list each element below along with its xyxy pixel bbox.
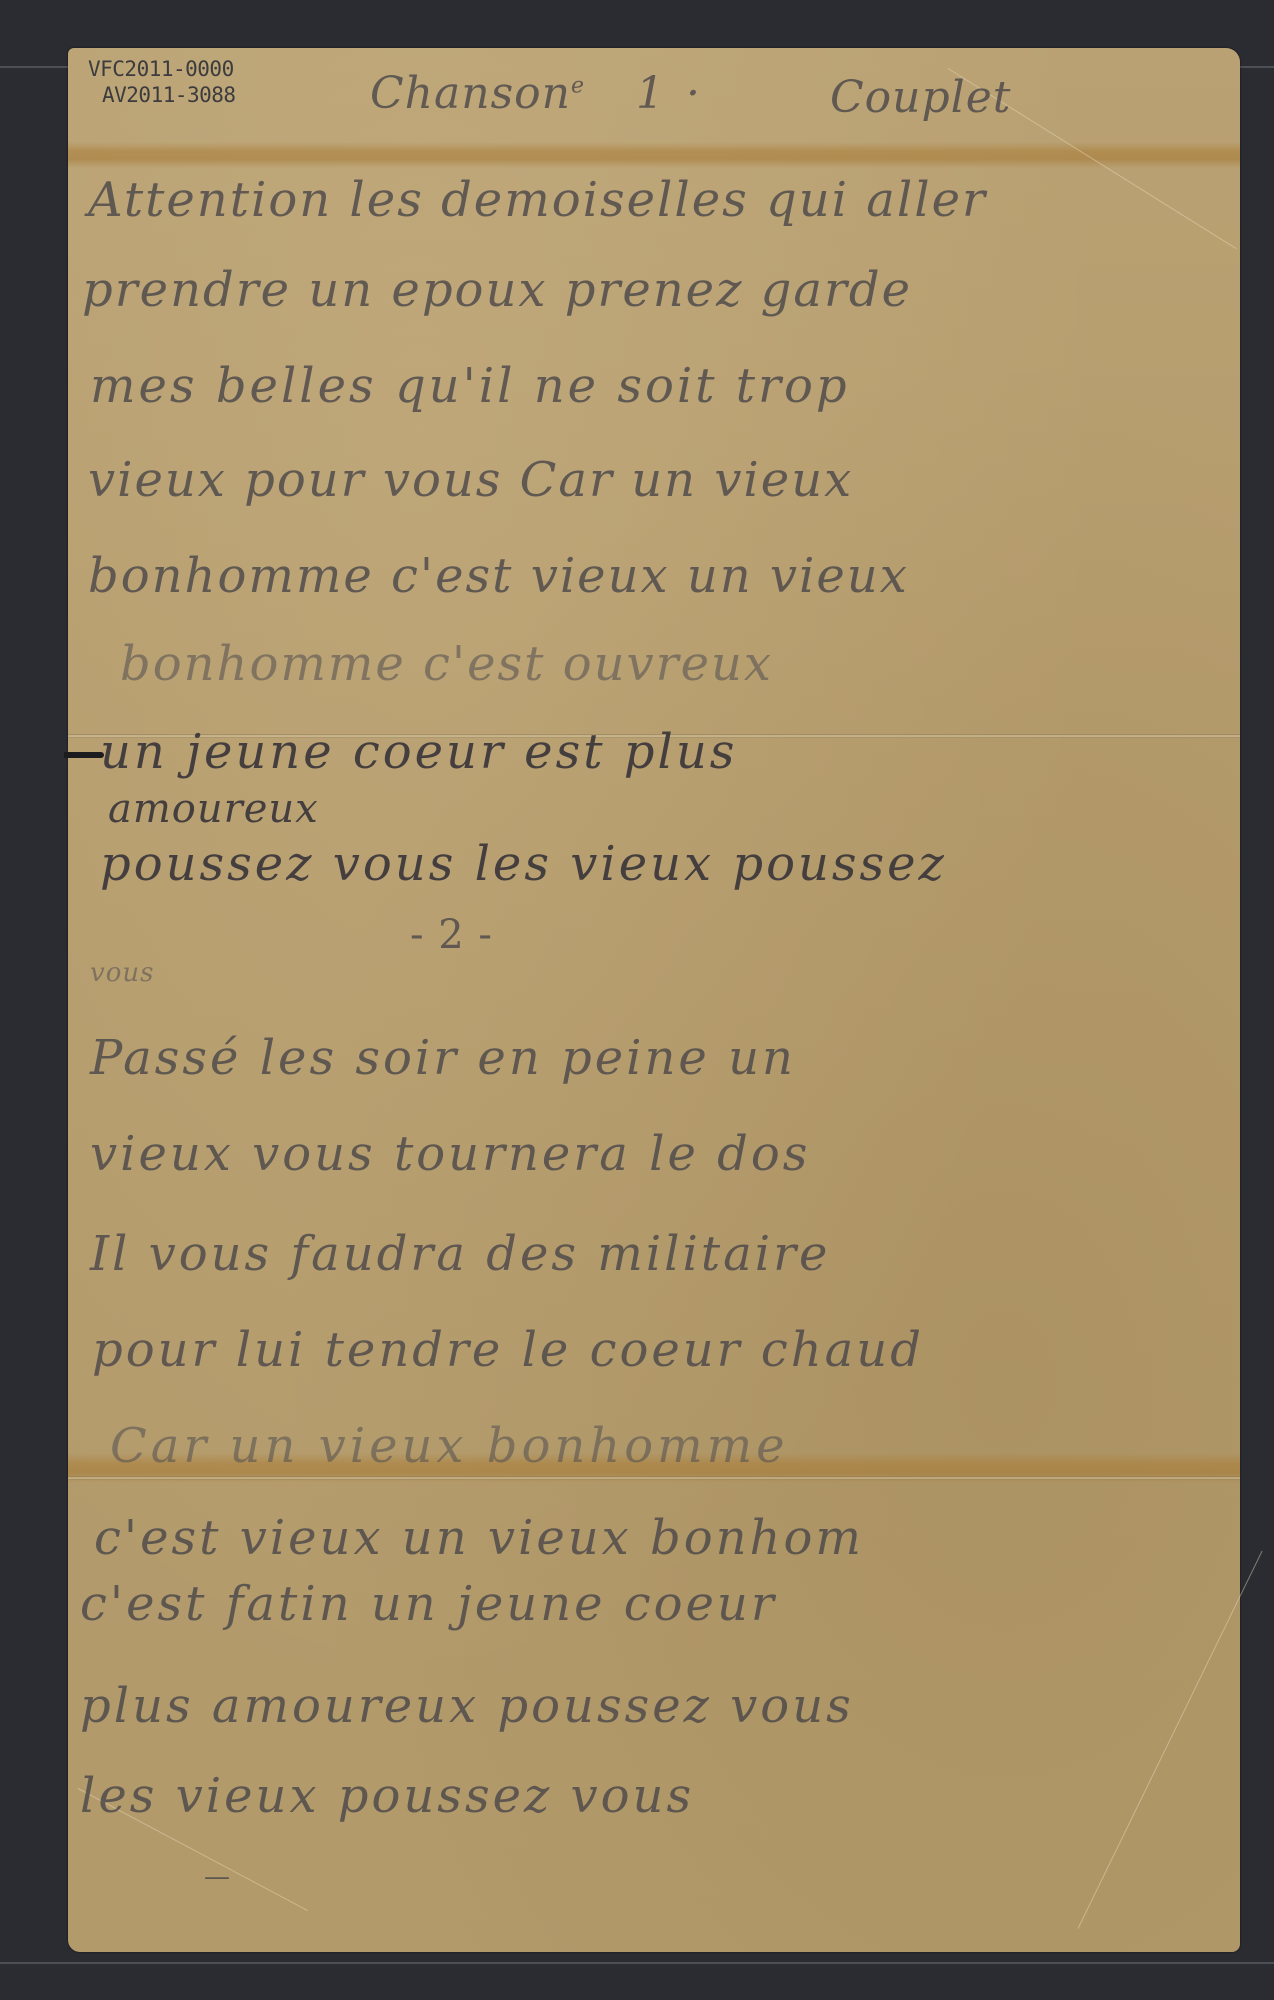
catalog-numbers: VFC2011-0000 AV2011-3088 bbox=[88, 56, 236, 108]
verse-2-line: pour lui tendre le coeur chaud bbox=[92, 1322, 924, 1378]
verse-1-line: bonhomme c'est ouvreux bbox=[120, 636, 773, 692]
verse-1-line: Attention les demoiselles qui aller bbox=[88, 172, 987, 228]
document-page bbox=[68, 48, 1240, 1952]
song-title: Chansone 1 · bbox=[370, 68, 701, 119]
refrain-2-line: plus amoureux poussez vous bbox=[80, 1678, 854, 1734]
verse-2-marker: - 2 - bbox=[410, 912, 493, 958]
verse-2-line: vieux vous tournera le dos bbox=[90, 1126, 810, 1182]
refrain-2-line: c'est vieux un vieux bonhom bbox=[94, 1510, 864, 1566]
section-label: Couplet bbox=[830, 72, 1011, 123]
fold-tear-left bbox=[64, 752, 104, 758]
catalog-number-2: AV2011-3088 bbox=[88, 82, 236, 108]
verse-2-line: Car un vieux bonhomme bbox=[110, 1418, 789, 1474]
verse-1-line: prendre un epoux prenez garde bbox=[82, 262, 912, 318]
refrain-1-line: vous bbox=[90, 958, 154, 988]
fold-line-lower bbox=[68, 1476, 1240, 1480]
paper-crease bbox=[1078, 1551, 1263, 1929]
verse-1-line: vieux pour vous Car un vieux bbox=[88, 452, 853, 508]
verse-2-line: Il vous faudra des militaire bbox=[90, 1226, 830, 1282]
song-number: 1 bbox=[636, 68, 665, 119]
verse-1-line: bonhomme c'est vieux un vieux bbox=[88, 548, 909, 604]
refrain-1-line: un jeune coeur est plus bbox=[100, 724, 737, 780]
refrain-1-line: amoureux bbox=[108, 786, 319, 832]
tape-stain-top bbox=[68, 142, 1240, 168]
mount-guide-line-bottom bbox=[0, 1962, 1274, 1964]
catalog-number-1: VFC2011-0000 bbox=[88, 56, 236, 82]
refrain-2-line: les vieux poussez vous bbox=[80, 1768, 694, 1824]
verse-2-line: Passé les soir en peine un bbox=[90, 1030, 796, 1086]
end-mark: — bbox=[204, 1862, 231, 1892]
title-word: Chanson bbox=[370, 68, 571, 119]
refrain-1-line: poussez vous les vieux poussez bbox=[100, 836, 947, 892]
refrain-2-line: c'est fatin un jeune coeur bbox=[80, 1576, 777, 1632]
verse-1-line: mes belles qu'il ne soit trop bbox=[90, 358, 850, 414]
